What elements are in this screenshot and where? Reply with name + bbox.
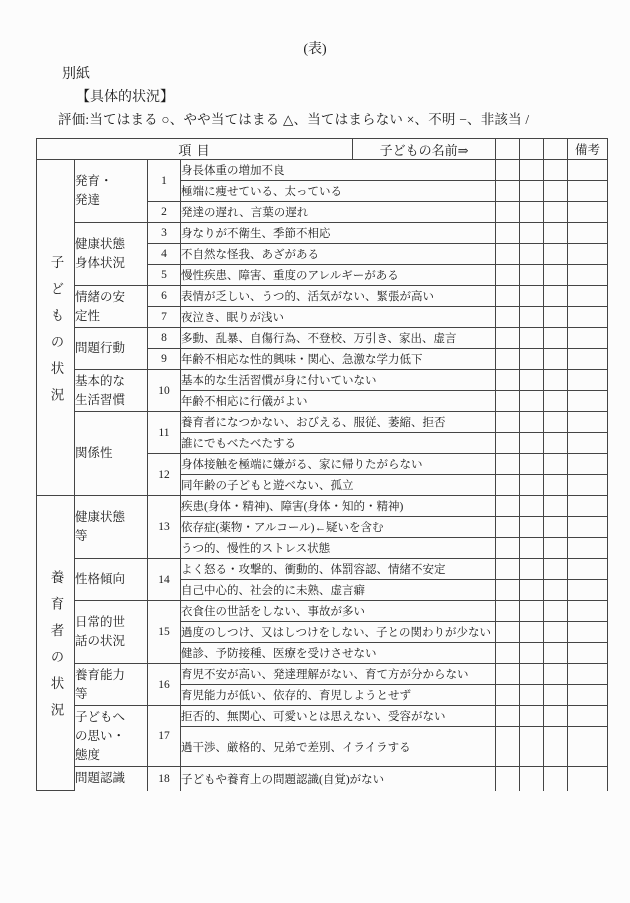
status-checklist-table: 項 目 子どもの名前⇒ 備考 子どもの状況発育・発達1身長体重の増加不良極端に痩… bbox=[36, 138, 608, 791]
rating-cell bbox=[520, 370, 544, 391]
checklist-row: 子どもへの思い・態度17拒否的、無関心、可愛いとは思えない、受容がない bbox=[37, 706, 608, 727]
group-label-text: 子どもの状況 bbox=[46, 242, 66, 414]
rating-cell bbox=[496, 160, 520, 181]
checklist-row: 情緒の安定性6表情が乏しい、うつ的、活気がない、緊張が高い bbox=[37, 286, 608, 307]
rating-cell bbox=[496, 706, 520, 727]
item-number: 17 bbox=[148, 706, 181, 767]
rating-cell bbox=[544, 643, 568, 664]
remarks-cell bbox=[568, 244, 608, 265]
remarks-cell bbox=[568, 286, 608, 307]
item-description: 誰にでもべたべたする bbox=[181, 433, 496, 454]
rating-cell bbox=[520, 475, 544, 496]
item-description: 身なりが不衛生、季節不相応 bbox=[181, 223, 496, 244]
remarks-cell bbox=[568, 643, 608, 664]
item-description: 極端に痩せている、太っている bbox=[181, 181, 496, 202]
item-description: 不自然な怪我、あざがある bbox=[181, 244, 496, 265]
remarks-cell bbox=[568, 580, 608, 601]
checklist-row: 子どもの状況発育・発達1身長体重の増加不良 bbox=[37, 160, 608, 181]
rating-cell bbox=[544, 160, 568, 181]
section-title: 【具体的状況】 bbox=[76, 86, 174, 106]
item-description: 拒否的、無関心、可愛いとは思えない、受容がない bbox=[181, 706, 496, 727]
rating-cell bbox=[544, 433, 568, 454]
rating-cell bbox=[544, 286, 568, 307]
group-label: 養育者の状況 bbox=[37, 496, 75, 791]
item-description: 養育者になつかない、おびえる、服従、萎縮、拒否 bbox=[181, 412, 496, 433]
remarks-cell bbox=[568, 160, 608, 181]
rating-cell bbox=[544, 622, 568, 643]
remarks-cell bbox=[568, 328, 608, 349]
rating-cell bbox=[496, 181, 520, 202]
remarks-cell bbox=[568, 517, 608, 538]
remarks-cell bbox=[568, 727, 608, 767]
item-description: 同年齢の子どもと遊べない、孤立 bbox=[181, 475, 496, 496]
checklist-row: 基本的な生活習慣10基本的な生活習慣が身に付いていない bbox=[37, 370, 608, 391]
rating-cell bbox=[544, 307, 568, 328]
rating-cell bbox=[544, 370, 568, 391]
rating-cell bbox=[496, 767, 520, 791]
item-description: 慢性疾患、障害、重度のアレルギーがある bbox=[181, 265, 496, 286]
item-description: 身体接触を極端に嫌がる、家に帰りたがらない bbox=[181, 454, 496, 475]
rating-cell bbox=[544, 349, 568, 370]
rating-cell bbox=[544, 559, 568, 580]
item-description: 多動、乱暴、自傷行為、不登校、万引き、家出、虚言 bbox=[181, 328, 496, 349]
rating-cell bbox=[544, 202, 568, 223]
rating-cell bbox=[520, 727, 544, 767]
rating-cell bbox=[496, 370, 520, 391]
remarks-cell bbox=[568, 223, 608, 244]
rating-cell bbox=[496, 454, 520, 475]
remarks-cell bbox=[568, 265, 608, 286]
category-label: 健康状態身体状況 bbox=[75, 223, 148, 286]
item-description: 健診、予防接種、医療を受けさせない bbox=[181, 643, 496, 664]
category-label: 養育能力等 bbox=[75, 664, 148, 706]
rating-cell bbox=[496, 517, 520, 538]
category-label: 子どもへの思い・態度 bbox=[75, 706, 148, 767]
rating-cell bbox=[496, 727, 520, 767]
rating-cell bbox=[496, 412, 520, 433]
item-number: 5 bbox=[148, 265, 181, 286]
remarks-cell bbox=[568, 601, 608, 622]
rating-cell bbox=[520, 202, 544, 223]
item-number: 9 bbox=[148, 349, 181, 370]
item-number: 10 bbox=[148, 370, 181, 412]
rating-cell bbox=[544, 328, 568, 349]
rating-cell bbox=[496, 664, 520, 685]
rating-cell bbox=[544, 767, 568, 791]
item-number: 8 bbox=[148, 328, 181, 349]
item-number: 6 bbox=[148, 286, 181, 307]
rating-cell bbox=[544, 265, 568, 286]
rating-cell bbox=[520, 767, 544, 791]
rating-cell bbox=[544, 496, 568, 517]
rating-cell bbox=[544, 517, 568, 538]
item-description: 夜泣き、眠りが浅い bbox=[181, 307, 496, 328]
rating-cell bbox=[496, 286, 520, 307]
checklist-row: 問題行動8多動、乱暴、自傷行為、不登校、万引き、家出、虚言 bbox=[37, 328, 608, 349]
checklist-body: 子どもの状況発育・発達1身長体重の増加不良極端に痩せている、太っている2発達の遅… bbox=[37, 160, 608, 791]
rating-cell bbox=[496, 433, 520, 454]
rating-cell bbox=[496, 643, 520, 664]
rating-cell bbox=[544, 181, 568, 202]
item-number: 18 bbox=[148, 767, 181, 791]
checklist-row: 日常的世話の状況15衣食住の世話をしない、事故が多い bbox=[37, 601, 608, 622]
remarks-cell bbox=[568, 538, 608, 559]
rating-cell bbox=[544, 244, 568, 265]
category-label: 基本的な生活習慣 bbox=[75, 370, 148, 412]
rating-cell bbox=[520, 622, 544, 643]
rating-legend: 評価:当てはまる ○、やや当てはまる △、当てはまらない ×、不明 −、非該当 … bbox=[58, 108, 529, 128]
rating-cell bbox=[520, 643, 544, 664]
item-description: 育児能力が低い、依存的、育児しようとせず bbox=[181, 685, 496, 706]
remarks-cell bbox=[568, 307, 608, 328]
rating-column-header bbox=[520, 139, 544, 160]
category-label: 問題認識 bbox=[75, 767, 148, 791]
rating-cell bbox=[544, 727, 568, 767]
rating-cell bbox=[520, 286, 544, 307]
category-label: 情緒の安定性 bbox=[75, 286, 148, 328]
rating-cell bbox=[496, 559, 520, 580]
checklist-row: 養育者の状況健康状態等13疾患(身体・精神)、障害(身体・知的・精神) bbox=[37, 496, 608, 517]
item-description: 疾患(身体・精神)、障害(身体・知的・精神) bbox=[181, 496, 496, 517]
rating-cell bbox=[520, 601, 544, 622]
rating-cell bbox=[520, 244, 544, 265]
category-label: 問題行動 bbox=[75, 328, 148, 370]
item-description: 年齢不相応な性的興味・関心、急激な学力低下 bbox=[181, 349, 496, 370]
remarks-cell bbox=[568, 622, 608, 643]
checklist-row: 問題認識18子どもや養育上の問題認識(自覚)がない bbox=[37, 767, 608, 791]
rating-cell bbox=[520, 559, 544, 580]
item-description: 依存症(薬物・アルコール)←疑いを含む bbox=[181, 517, 496, 538]
rating-cell bbox=[520, 349, 544, 370]
item-description: 表情が乏しい、うつ的、活気がない、緊張が高い bbox=[181, 286, 496, 307]
checklist-row: 性格傾向14よく怒る・攻撃的、衝動的、体罰容認、情緒不安定 bbox=[37, 559, 608, 580]
item-number: 3 bbox=[148, 223, 181, 244]
rating-cell bbox=[496, 349, 520, 370]
checklist-row: 健康状態身体状況3身なりが不衛生、季節不相応 bbox=[37, 223, 608, 244]
item-description: 衣食住の世話をしない、事故が多い bbox=[181, 601, 496, 622]
rating-cell bbox=[520, 265, 544, 286]
scanned-form-page: (表) 別紙 【具体的状況】 評価:当てはまる ○、やや当てはまる △、当てはま… bbox=[0, 0, 630, 903]
category-label: 健康状態等 bbox=[75, 496, 148, 559]
rating-cell bbox=[520, 580, 544, 601]
remarks-cell bbox=[568, 202, 608, 223]
rating-cell bbox=[496, 202, 520, 223]
item-description: よく怒る・攻撃的、衝動的、体罰容認、情緒不安定 bbox=[181, 559, 496, 580]
item-number: 12 bbox=[148, 454, 181, 496]
attachment-label: 別紙 bbox=[62, 63, 90, 83]
remarks-cell bbox=[568, 475, 608, 496]
rating-cell bbox=[520, 454, 544, 475]
remarks-cell bbox=[568, 767, 608, 791]
item-number: 2 bbox=[148, 202, 181, 223]
rating-cell bbox=[496, 496, 520, 517]
rating-cell bbox=[544, 412, 568, 433]
item-description: うつ的、慢性的ストレス状態 bbox=[181, 538, 496, 559]
item-column-header: 項 目 bbox=[37, 139, 353, 160]
child-name-header: 子どもの名前⇒ bbox=[353, 139, 496, 160]
remarks-cell bbox=[568, 706, 608, 727]
rating-cell bbox=[520, 307, 544, 328]
sheet-side-label: (表) bbox=[0, 38, 630, 58]
item-description: 育児不安が高い、発達理解がない、育て方が分からない bbox=[181, 664, 496, 685]
remarks-cell bbox=[568, 433, 608, 454]
remarks-header: 備考 bbox=[568, 139, 608, 160]
rating-cell bbox=[496, 223, 520, 244]
category-label: 性格傾向 bbox=[75, 559, 148, 601]
rating-cell bbox=[496, 601, 520, 622]
item-description: 基本的な生活習慣が身に付いていない bbox=[181, 370, 496, 391]
item-description: 発達の遅れ、言葉の遅れ bbox=[181, 202, 496, 223]
rating-cell bbox=[544, 223, 568, 244]
rating-cell bbox=[520, 517, 544, 538]
rating-cell bbox=[520, 160, 544, 181]
rating-cell bbox=[496, 391, 520, 412]
rating-cell bbox=[496, 622, 520, 643]
rating-cell bbox=[496, 307, 520, 328]
rating-cell bbox=[544, 454, 568, 475]
rating-cell bbox=[496, 244, 520, 265]
rating-cell bbox=[544, 475, 568, 496]
rating-cell bbox=[520, 181, 544, 202]
checklist-row: 養育能力等16育児不安が高い、発達理解がない、育て方が分からない bbox=[37, 664, 608, 685]
item-description: 過干渉、厳格的、兄弟で差別、イライラする bbox=[181, 727, 496, 767]
item-description: 身長体重の増加不良 bbox=[181, 160, 496, 181]
item-number: 14 bbox=[148, 559, 181, 601]
category-label: 関係性 bbox=[75, 412, 148, 496]
rating-cell bbox=[520, 538, 544, 559]
rating-cell bbox=[520, 496, 544, 517]
item-number: 7 bbox=[148, 307, 181, 328]
category-label: 日常的世話の状況 bbox=[75, 601, 148, 664]
remarks-cell bbox=[568, 559, 608, 580]
item-description: 子どもや養育上の問題認識(自覚)がない bbox=[181, 767, 496, 791]
rating-cell bbox=[544, 706, 568, 727]
rating-cell bbox=[520, 328, 544, 349]
remarks-cell bbox=[568, 181, 608, 202]
rating-cell bbox=[520, 664, 544, 685]
category-label: 発育・発達 bbox=[75, 160, 148, 223]
item-number: 4 bbox=[148, 244, 181, 265]
rating-column-header bbox=[544, 139, 568, 160]
rating-cell bbox=[544, 580, 568, 601]
rating-cell bbox=[520, 706, 544, 727]
remarks-cell bbox=[568, 664, 608, 685]
item-number: 11 bbox=[148, 412, 181, 454]
rating-cell bbox=[520, 391, 544, 412]
item-description: 自己中心的、社会的に未熟、虚言癖 bbox=[181, 580, 496, 601]
checklist-row: 関係性11養育者になつかない、おびえる、服従、萎縮、拒否 bbox=[37, 412, 608, 433]
rating-cell bbox=[544, 538, 568, 559]
rating-cell bbox=[520, 433, 544, 454]
remarks-cell bbox=[568, 412, 608, 433]
rating-cell bbox=[496, 580, 520, 601]
item-description: 過度のしつけ、又はしつけをしない、子との関わりが少ない bbox=[181, 622, 496, 643]
rating-cell bbox=[544, 664, 568, 685]
rating-cell bbox=[520, 685, 544, 706]
rating-column-header bbox=[496, 139, 520, 160]
rating-cell bbox=[496, 328, 520, 349]
remarks-cell bbox=[568, 370, 608, 391]
rating-cell bbox=[520, 223, 544, 244]
group-label: 子どもの状況 bbox=[37, 160, 75, 496]
remarks-cell bbox=[568, 496, 608, 517]
remarks-cell bbox=[568, 685, 608, 706]
rating-cell bbox=[496, 538, 520, 559]
rating-cell bbox=[544, 685, 568, 706]
rating-cell bbox=[496, 265, 520, 286]
rating-cell bbox=[544, 601, 568, 622]
item-number: 15 bbox=[148, 601, 181, 664]
group-label-text: 養育者の状況 bbox=[46, 557, 66, 729]
remarks-cell bbox=[568, 349, 608, 370]
rating-cell bbox=[496, 685, 520, 706]
item-description: 年齢不相応に行儀がよい bbox=[181, 391, 496, 412]
rating-cell bbox=[520, 412, 544, 433]
item-number: 13 bbox=[148, 496, 181, 559]
remarks-cell bbox=[568, 454, 608, 475]
item-number: 16 bbox=[148, 664, 181, 706]
rating-cell bbox=[544, 391, 568, 412]
item-number: 1 bbox=[148, 160, 181, 202]
remarks-cell bbox=[568, 391, 608, 412]
table-header-row: 項 目 子どもの名前⇒ 備考 bbox=[37, 139, 608, 160]
rating-cell bbox=[496, 475, 520, 496]
